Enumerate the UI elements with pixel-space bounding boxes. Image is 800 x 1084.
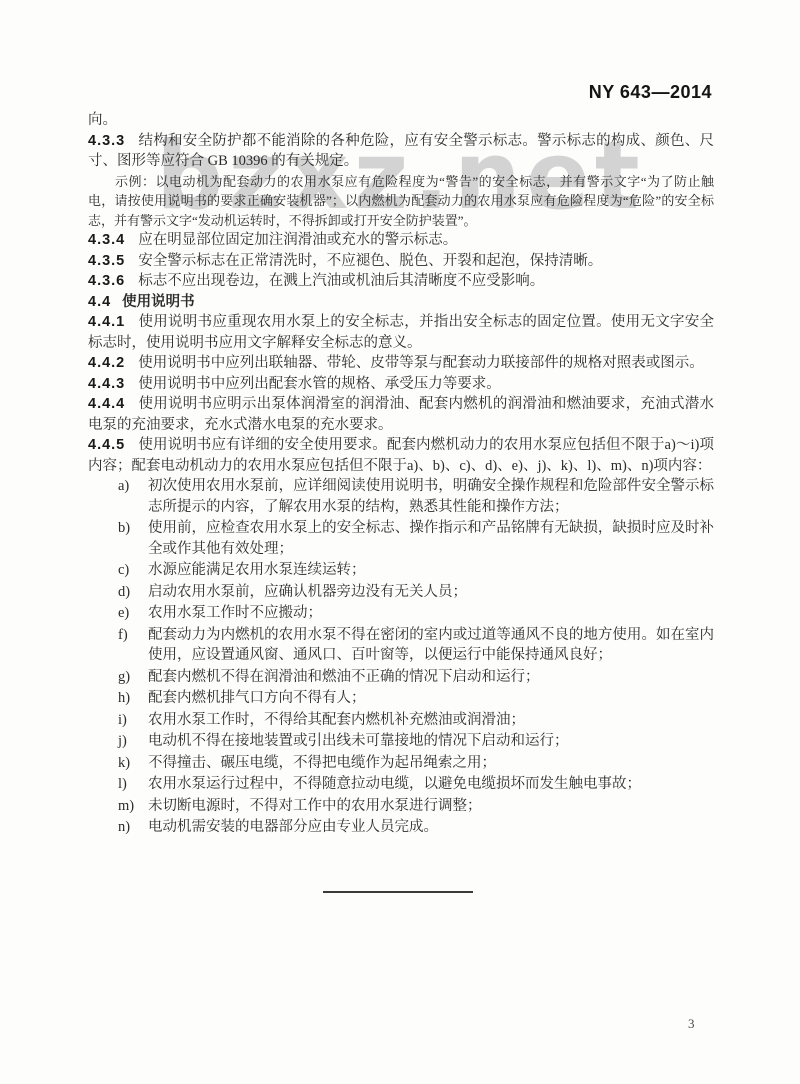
clause-text: 使用说明书应有详细的安全使用要求。配套内燃机动力的农用水泵应包括但不限于a)～i… xyxy=(88,437,714,474)
clause-text: 标志不应出现卷边，在溅上汽油或机油后其清晰度不应受影响。 xyxy=(138,273,544,289)
list-item-text: 电动机需安装的电器部分应由专业人员完成。 xyxy=(148,817,714,838)
end-of-text-rule xyxy=(323,891,473,893)
clause-number: 4.3.6 xyxy=(88,273,125,289)
list-item-d: d)启动农用水泵前，应确认机器旁边没有无关人员； xyxy=(88,582,714,603)
clause-text: 安全警示标志在正常清洗时，不应褪色、脱色、开裂和起泡，保持清晰。 xyxy=(138,253,602,269)
list-item-label: m) xyxy=(118,796,148,817)
list-item-a: a)初次使用农用水泵前，应详细阅读使用说明书，明确安全操作规程和危险部件安全警示… xyxy=(88,476,714,517)
clause-text: 使用说明书应重现农用水泵上的安全标志，并指出安全标志的固定位置。使用无文字安全标… xyxy=(88,314,714,351)
list-item-text: 启动农用水泵前，应确认机器旁边没有无关人员； xyxy=(148,582,714,603)
clause-number: 4.4 xyxy=(88,294,111,310)
list-item-m: m)未切断电源时，不得对工作中的农用水泵进行调整； xyxy=(88,796,714,817)
list-item-label: g) xyxy=(118,667,148,688)
clause-4.4.4: 4.4.4使用说明书应明示出泵体润滑室的润滑油、配套内燃机的润滑油和燃油要求，充… xyxy=(88,394,714,435)
list-item-h: h)配套内燃机排气口方向不得有人； xyxy=(88,688,714,709)
list-item-g: g)配套内燃机不得在润滑油和燃油不正确的情况下启动和运行； xyxy=(88,667,714,688)
clause-text: 使用说明书中应列出联轴器、带轮、皮带等泵与配套动力联接部件的规格对照表或图示。 xyxy=(138,355,704,371)
list-item-text: 农用水泵工作时不应搬动； xyxy=(148,603,714,624)
list-item-label: n) xyxy=(118,817,148,838)
list-item-text: 不得撞击、碾压电缆，不得把电缆作为起吊绳索之用； xyxy=(148,753,714,774)
list-item-label: b) xyxy=(118,518,148,559)
list-item-label: h) xyxy=(118,688,148,709)
list-item-text: 未切断电源时，不得对工作中的农用水泵进行调整； xyxy=(148,796,714,817)
clause-text: 应在明显部位固定加注润滑油或充水的警示标志。 xyxy=(138,232,457,248)
clause-number: 4.4.2 xyxy=(88,355,125,371)
clause-number: 4.3.3 xyxy=(88,133,125,149)
list-item-text: 水源应能满足农用水泵连续运转； xyxy=(148,560,714,581)
list-item-text: 初次使用农用水泵前，应详细阅读使用说明书，明确安全操作规程和危险部件安全警示标志… xyxy=(148,476,714,517)
list-item-label: a) xyxy=(118,476,148,517)
clause-number: 4.4.1 xyxy=(88,314,125,330)
list-item-b: b)使用前，应检查农用水泵上的安全标志、操作指示和产品铭牌有无缺损，缺损时应及时… xyxy=(88,518,714,559)
list-item-text: 电动机不得在接地装置或引出线未可靠接地的情况下启动和运行； xyxy=(148,731,714,752)
clause-4.4.3: 4.4.3使用说明书中应列出配套水管的规格、承受压力等要求。 xyxy=(88,374,714,395)
clause-number: 4.3.4 xyxy=(88,232,125,248)
list-item-text: 使用前，应检查农用水泵上的安全标志、操作指示和产品铭牌有无缺损，缺损时应及时补全… xyxy=(148,518,714,559)
list-item-label: i) xyxy=(118,710,148,731)
clause-4.4.5: 4.4.5使用说明书应有详细的安全使用要求。配套内燃机动力的农用水泵应包括但不限… xyxy=(88,435,714,476)
list-item-text: 配套内燃机排气口方向不得有人； xyxy=(148,688,714,709)
list-item-text: 农用水泵工作时，不得给其配套内燃机补充燃油或润滑油； xyxy=(148,710,714,731)
list-item-label: f) xyxy=(118,625,148,666)
clause-text: 使用说明书应明示出泵体润滑室的润滑油、配套内燃机的润滑油和燃油要求，充油式潜水电… xyxy=(88,396,714,433)
standard-number-header: NY 643—2014 xyxy=(589,82,712,103)
clause-4.3.3: 4.3.3结构和安全防护都不能消除的各种危险，应有安全警示标志。警示标志的构成、… xyxy=(88,131,714,172)
list-item-c: c)水源应能满足农用水泵连续运转； xyxy=(88,560,714,581)
clause-number: 4.3.5 xyxy=(88,253,125,269)
list-item-label: l) xyxy=(118,774,148,795)
clause-text: 向。 xyxy=(88,112,117,128)
list-item-label: d) xyxy=(118,582,148,603)
document-body: 向。4.3.3结构和安全防护都不能消除的各种危险，应有安全警示标志。警示标志的构… xyxy=(88,110,714,839)
clause-text: 使用说明书中应列出配套水管的规格、承受压力等要求。 xyxy=(138,376,501,392)
list-item-text: 农用水泵运行过程中，不得随意拉动电缆，以避免电缆损坏而发生触电事故； xyxy=(148,774,714,795)
clause-4.3.4: 4.3.4应在明显部位固定加注润滑油或充水的警示标志。 xyxy=(88,230,714,251)
clause-4.4.1: 4.4.1使用说明书应重现农用水泵上的安全标志，并指出安全标志的固定位置。使用无… xyxy=(88,312,714,353)
list-item-label: j) xyxy=(118,731,148,752)
list-item-e: e)农用水泵工作时不应搬动； xyxy=(88,603,714,624)
list-item-text: 配套内燃机不得在润滑油和燃油不正确的情况下启动和运行； xyxy=(148,667,714,688)
clause-number: 4.4.5 xyxy=(88,437,125,453)
clause-text: 示例：以电动机为配套动力的农用水泵应有危险程度为“警告”的安全标志，并有警示文字… xyxy=(88,174,714,228)
heading-text: 使用说明书 xyxy=(122,294,195,310)
clause-number: 4.4.4 xyxy=(88,396,125,412)
clause-4.3.5: 4.3.5安全警示标志在正常清洗时，不应褪色、脱色、开裂和起泡，保持清晰。 xyxy=(88,251,714,272)
list-item-label: e) xyxy=(118,603,148,624)
clause-number: 4.4.3 xyxy=(88,376,125,392)
clause-4.4: 4.4使用说明书 xyxy=(88,292,714,313)
paragraph: 向。 xyxy=(88,110,714,131)
list-item-l: l)农用水泵运行过程中，不得随意拉动电缆，以避免电缆损坏而发生触电事故； xyxy=(88,774,714,795)
list-item-label: k) xyxy=(118,753,148,774)
clause-4.3.6: 4.3.6标志不应出现卷边，在溅上汽油或机油后其清晰度不应受影响。 xyxy=(88,271,714,292)
clause-4.4.2: 4.4.2使用说明书中应列出联轴器、带轮、皮带等泵与配套动力联接部件的规格对照表… xyxy=(88,353,714,374)
example-note: 示例：以电动机为配套动力的农用水泵应有危险程度为“警告”的安全标志，并有警示文字… xyxy=(88,172,714,231)
list-item-j: j)电动机不得在接地装置或引出线未可靠接地的情况下启动和运行； xyxy=(88,731,714,752)
clause-text: 结构和安全防护都不能消除的各种危险，应有安全警示标志。警示标志的构成、颜色、尺寸… xyxy=(88,133,714,170)
document-page: bzxz.net NY 643—2014 向。4.3.3结构和安全防护都不能消除… xyxy=(0,0,800,1084)
list-item-text: 配套动力为内燃机的农用水泵不得在密闭的室内或过道等通风不良的地方使用。如在室内使… xyxy=(148,625,714,666)
page-number: 3 xyxy=(688,1016,695,1032)
list-item-f: f)配套动力为内燃机的农用水泵不得在密闭的室内或过道等通风不良的地方使用。如在室… xyxy=(88,625,714,666)
list-item-k: k)不得撞击、碾压电缆，不得把电缆作为起吊绳索之用； xyxy=(88,753,714,774)
list-item-i: i)农用水泵工作时，不得给其配套内燃机补充燃油或润滑油； xyxy=(88,710,714,731)
list-item-n: n)电动机需安装的电器部分应由专业人员完成。 xyxy=(88,817,714,838)
list-item-label: c) xyxy=(118,560,148,581)
